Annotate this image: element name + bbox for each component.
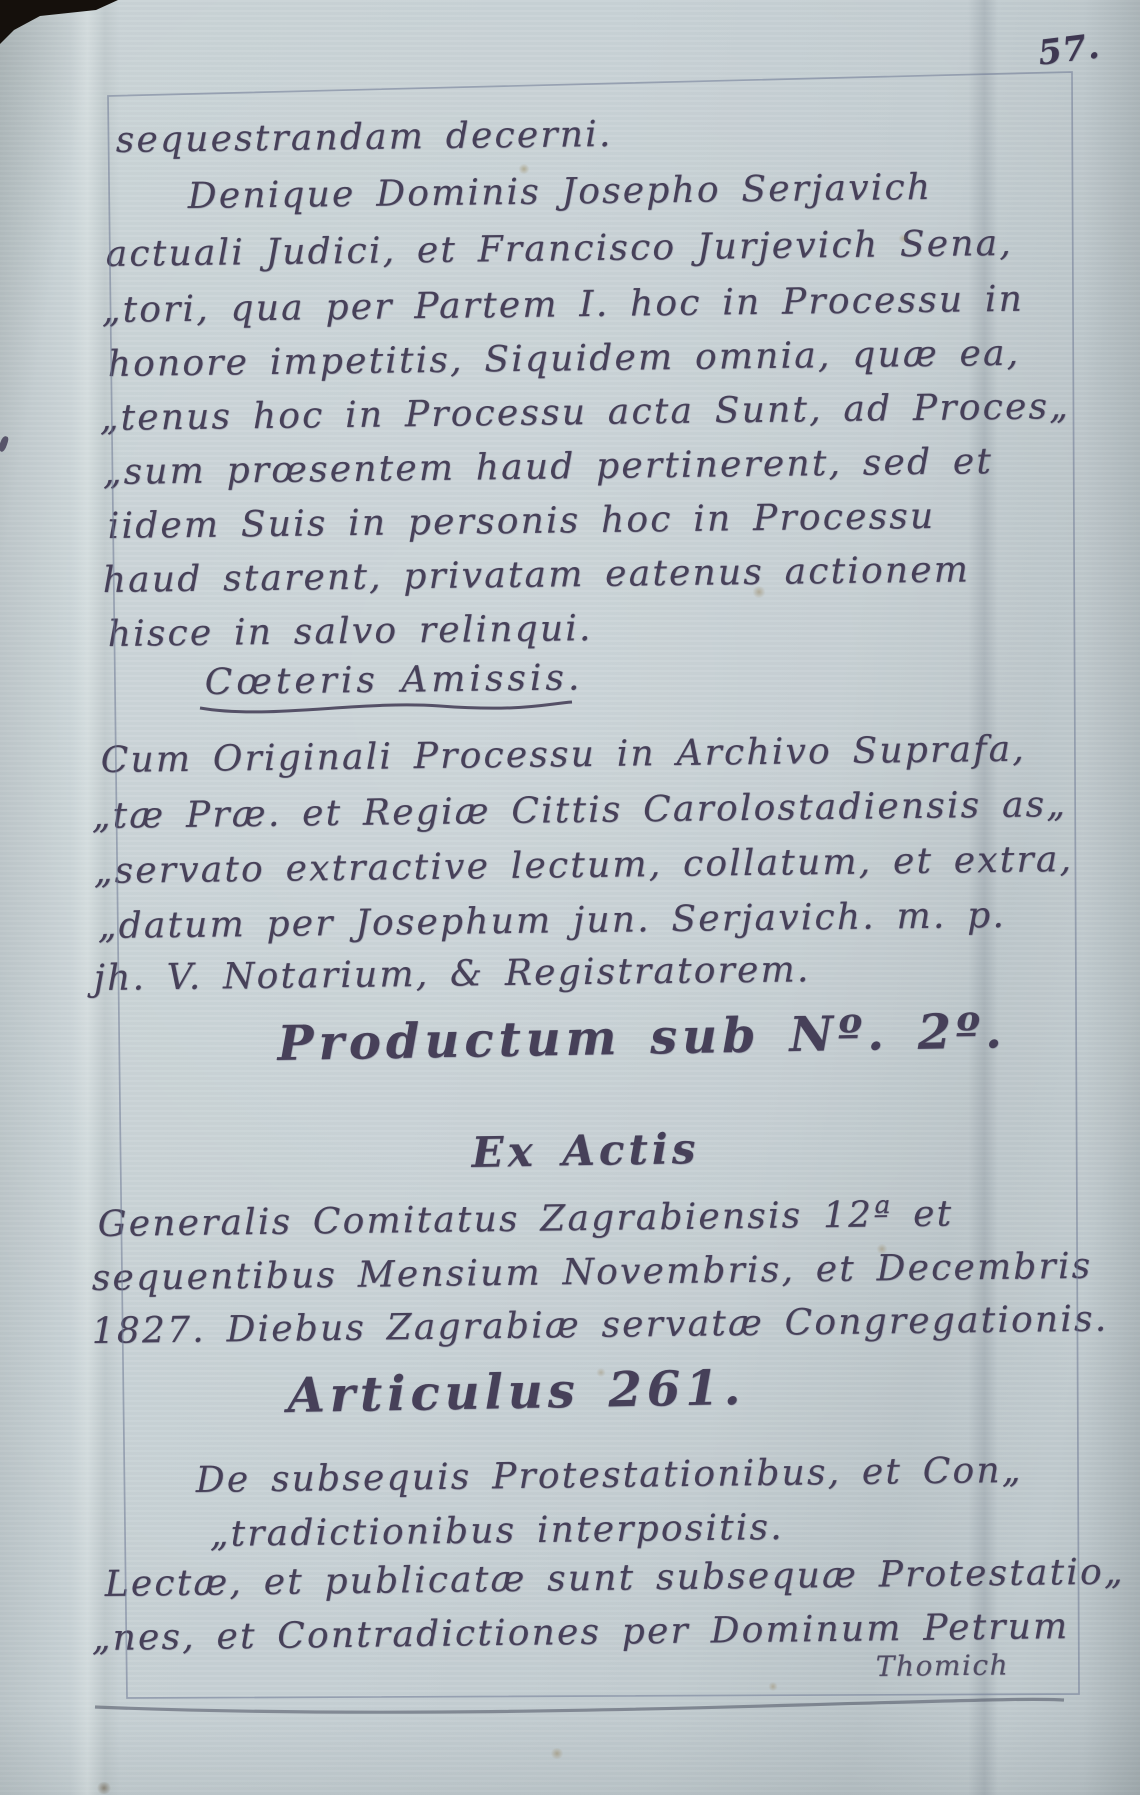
manuscript-line: „tradictionibus interpositis. <box>209 1507 784 1555</box>
page-number: 57. <box>1036 26 1103 73</box>
manuscript-line: jh. V. Notarium, & Registratorem. <box>93 949 810 999</box>
catchword: Thomich <box>876 1648 1010 1683</box>
manuscript-line: sequestrandam decerni. <box>115 114 612 161</box>
heading-ex-actis: Ex Actis <box>471 1124 700 1177</box>
manuscript-line: hisce in salvo relinqui. <box>107 608 592 655</box>
section-heading-underlined: Cœteris Amissis. <box>204 657 583 703</box>
heading-articulus: Articulus 261. <box>287 1360 746 1424</box>
